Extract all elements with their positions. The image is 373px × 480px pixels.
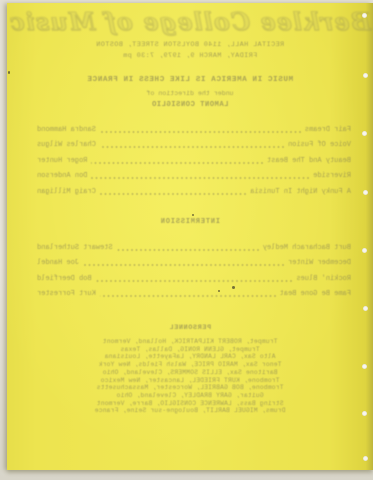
personnel-line: Drums, MIGUEL BARLIT, Boulogne-sur Seine… (7, 407, 373, 415)
personnel-line: Trumpet, ROBERT KILPATRICK, Holland, Ver… (7, 338, 373, 346)
mirrored-ink-layer: Berklee College of Music RECITAL HALL, 1… (7, 3, 373, 470)
berklee-logo: Berklee College of Music (7, 10, 373, 34)
concert-title: MUSIC IN AMERICA IS LIKE CHESS IN FRANCE (7, 77, 373, 85)
program-row: December Winter Joe Handel (37, 260, 351, 268)
punch-hole (362, 364, 367, 369)
intermission-label: INTERMISSION (7, 219, 373, 226)
punch-hole (362, 248, 367, 253)
direction-label: under the direction of (7, 91, 373, 98)
dotted-leader (91, 162, 263, 164)
song-title: Fame Be Gone Beat (280, 290, 351, 298)
ink-speck (232, 286, 235, 289)
punch-hole (363, 306, 368, 311)
program-row: Voice Of Fusion Charles Wilgus (37, 142, 351, 150)
song-title: Beauty And The Beast (267, 157, 351, 165)
personnel-line: Tenor Sax, MARIO PRICE, Walsh Fields, Ne… (7, 361, 373, 369)
personnel-line: Baritone Sax, ELLIS SOMMERS, Cleveland, … (7, 369, 373, 377)
performer-name: Sandra Hammond (37, 126, 96, 134)
performer-name: Joe Handel (37, 259, 79, 267)
personnel-line: Alto Sax, CARL LANDRY, LaFayette, Louisi… (7, 353, 373, 361)
paper-sheet: Berklee College of Music RECITAL HALL, 1… (7, 3, 373, 470)
ink-speck (8, 71, 10, 74)
date-line: FRIDAY, MARCH 9, 1979, 7:30 pm (7, 53, 373, 60)
dotted-leader (91, 177, 309, 179)
performer-name: Don Anderson (37, 172, 87, 180)
performer-name: Charles Wilgus (37, 141, 96, 149)
song-title: A Funky Night In Tunisia (250, 188, 351, 196)
performer-name: Craig Milligan (37, 188, 96, 196)
punch-hole (363, 190, 368, 195)
program-row: Burt Bacharach Medley Stewart Sutherland (37, 244, 351, 252)
dotted-leader (83, 264, 284, 266)
personnel-line: String Bass, LAWRENCE CONSIGLIO, Barre, … (7, 400, 373, 408)
program-part-1: Fair Dreams Sandra Hammond Voice Of Fusi… (37, 126, 351, 204)
program-row: Fair Dreams Sandra Hammond (37, 126, 351, 134)
song-title: Voice Of Fusion (288, 141, 351, 149)
song-title: Fair Dreams (305, 126, 351, 134)
dotted-leader (117, 249, 259, 251)
program-part-2: Burt Bacharach Medley Stewart Sutherland… (37, 244, 351, 306)
program-row: A Funky Night In Tunisia Craig Milligan (37, 188, 351, 196)
scanned-page: Berklee College of Music RECITAL HALL, 1… (0, 0, 373, 480)
program-row: Riverside Don Anderson (37, 173, 351, 181)
dotted-leader (100, 193, 246, 195)
program-row: Fame Be Gone Beat Kurt Forrester (37, 291, 351, 299)
song-title: Riverside (313, 172, 351, 180)
performer-name: Roger Hunter (37, 157, 87, 165)
song-title: Rockin' Blues (296, 275, 351, 283)
personnel-line: Guitar, GARY BRADLEY, Cleveland, Ohio (7, 392, 373, 400)
ink-speck (218, 290, 220, 292)
personnel-line: Trombone, KURT FRIEDEL, Lancaster, New M… (7, 377, 373, 385)
director-name: LAMONT CONSIGLIO (7, 102, 373, 109)
dotted-leader (100, 131, 301, 133)
program-row: Rockin' Blues Bob Deerfield (37, 275, 351, 283)
venue-line: RECITAL HALL, 1140 BOYLSTON STREET, BOST… (7, 42, 373, 49)
dotted-leader (100, 295, 276, 297)
punch-hole (362, 131, 367, 136)
dotted-leader (96, 280, 293, 282)
performer-name: Kurt Forrester (37, 290, 96, 298)
dotted-leader (100, 146, 284, 148)
program-row: Beauty And The Beast Roger Hunter (37, 157, 351, 165)
ink-speck (192, 214, 194, 216)
personnel-list: Trumpet, ROBERT KILPATRICK, Holland, Ver… (7, 338, 373, 415)
punch-hole (362, 13, 367, 18)
performer-name: Bob Deerfield (37, 275, 92, 283)
punch-hole (363, 456, 368, 461)
personnel-line: Trumpet, GLENN RONIG, Dallas, Texas (7, 346, 373, 354)
personnel-line: Trombone, BOB GABRIEL, Worcester, Massac… (7, 384, 373, 392)
personnel-heading: PERSONNEL (7, 325, 373, 332)
performer-name: Stewart Sutherland (37, 244, 113, 252)
punch-hole (362, 411, 367, 416)
punch-hole (363, 73, 368, 78)
song-title: Burt Bacharach Medley (263, 244, 351, 252)
song-title: December Winter (288, 259, 351, 267)
